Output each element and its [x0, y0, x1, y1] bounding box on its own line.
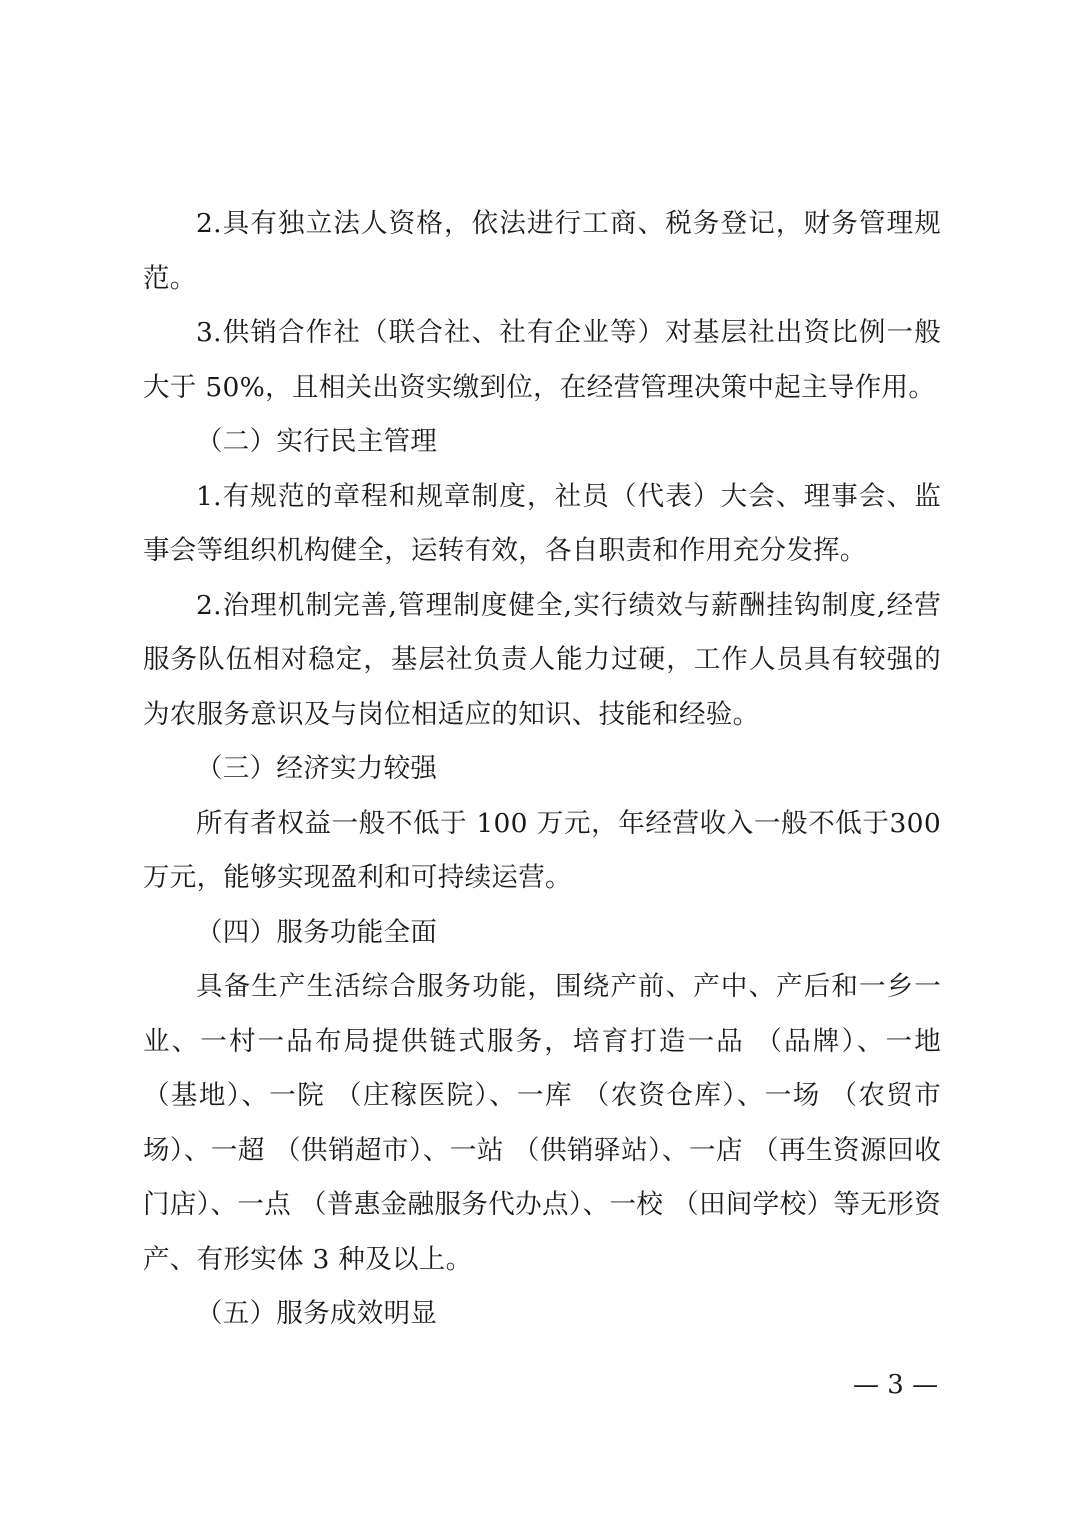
paragraph-equity-revenue: 所有者权益一般不低于 100 万元，年经营收入一般不低于300 万元，能够实现盈… [143, 797, 941, 906]
paragraph-legal-qualification: 2.具有独立法人资格，依法进行工商、税务登记，财务管理规范。 [143, 197, 941, 306]
section-heading-service-results: （五）服务成效明显 [143, 1287, 941, 1342]
section-heading-democratic-management: （二）实行民主管理 [143, 415, 941, 470]
paragraph-service-functions: 具备生产生活综合服务功能，围绕产前、产中、产后和一乡一业、一村一品布局提供链式服… [143, 960, 941, 1287]
paragraph-governance: 2.治理机制完善,管理制度健全,实行绩效与薪酬挂钩制度,经营服务队伍相对稳定，基… [143, 579, 941, 743]
document-page: 2.具有独立法人资格，依法进行工商、税务登记，财务管理规范。 3.供销合作社（联… [143, 197, 941, 1342]
paragraph-investment-ratio: 3.供销合作社（联合社、社有企业等）对基层社出资比例一般大于 50%，且相关出资… [143, 306, 941, 415]
paragraph-charter-rules: 1.有规范的章程和规章制度，社员（代表）大会、理事会、监事会等组织机构健全，运转… [143, 470, 941, 579]
page-number: — 3 — [853, 1370, 938, 1400]
section-heading-service-functions: （四）服务功能全面 [143, 906, 941, 961]
section-heading-economic-strength: （三）经济实力较强 [143, 742, 941, 797]
